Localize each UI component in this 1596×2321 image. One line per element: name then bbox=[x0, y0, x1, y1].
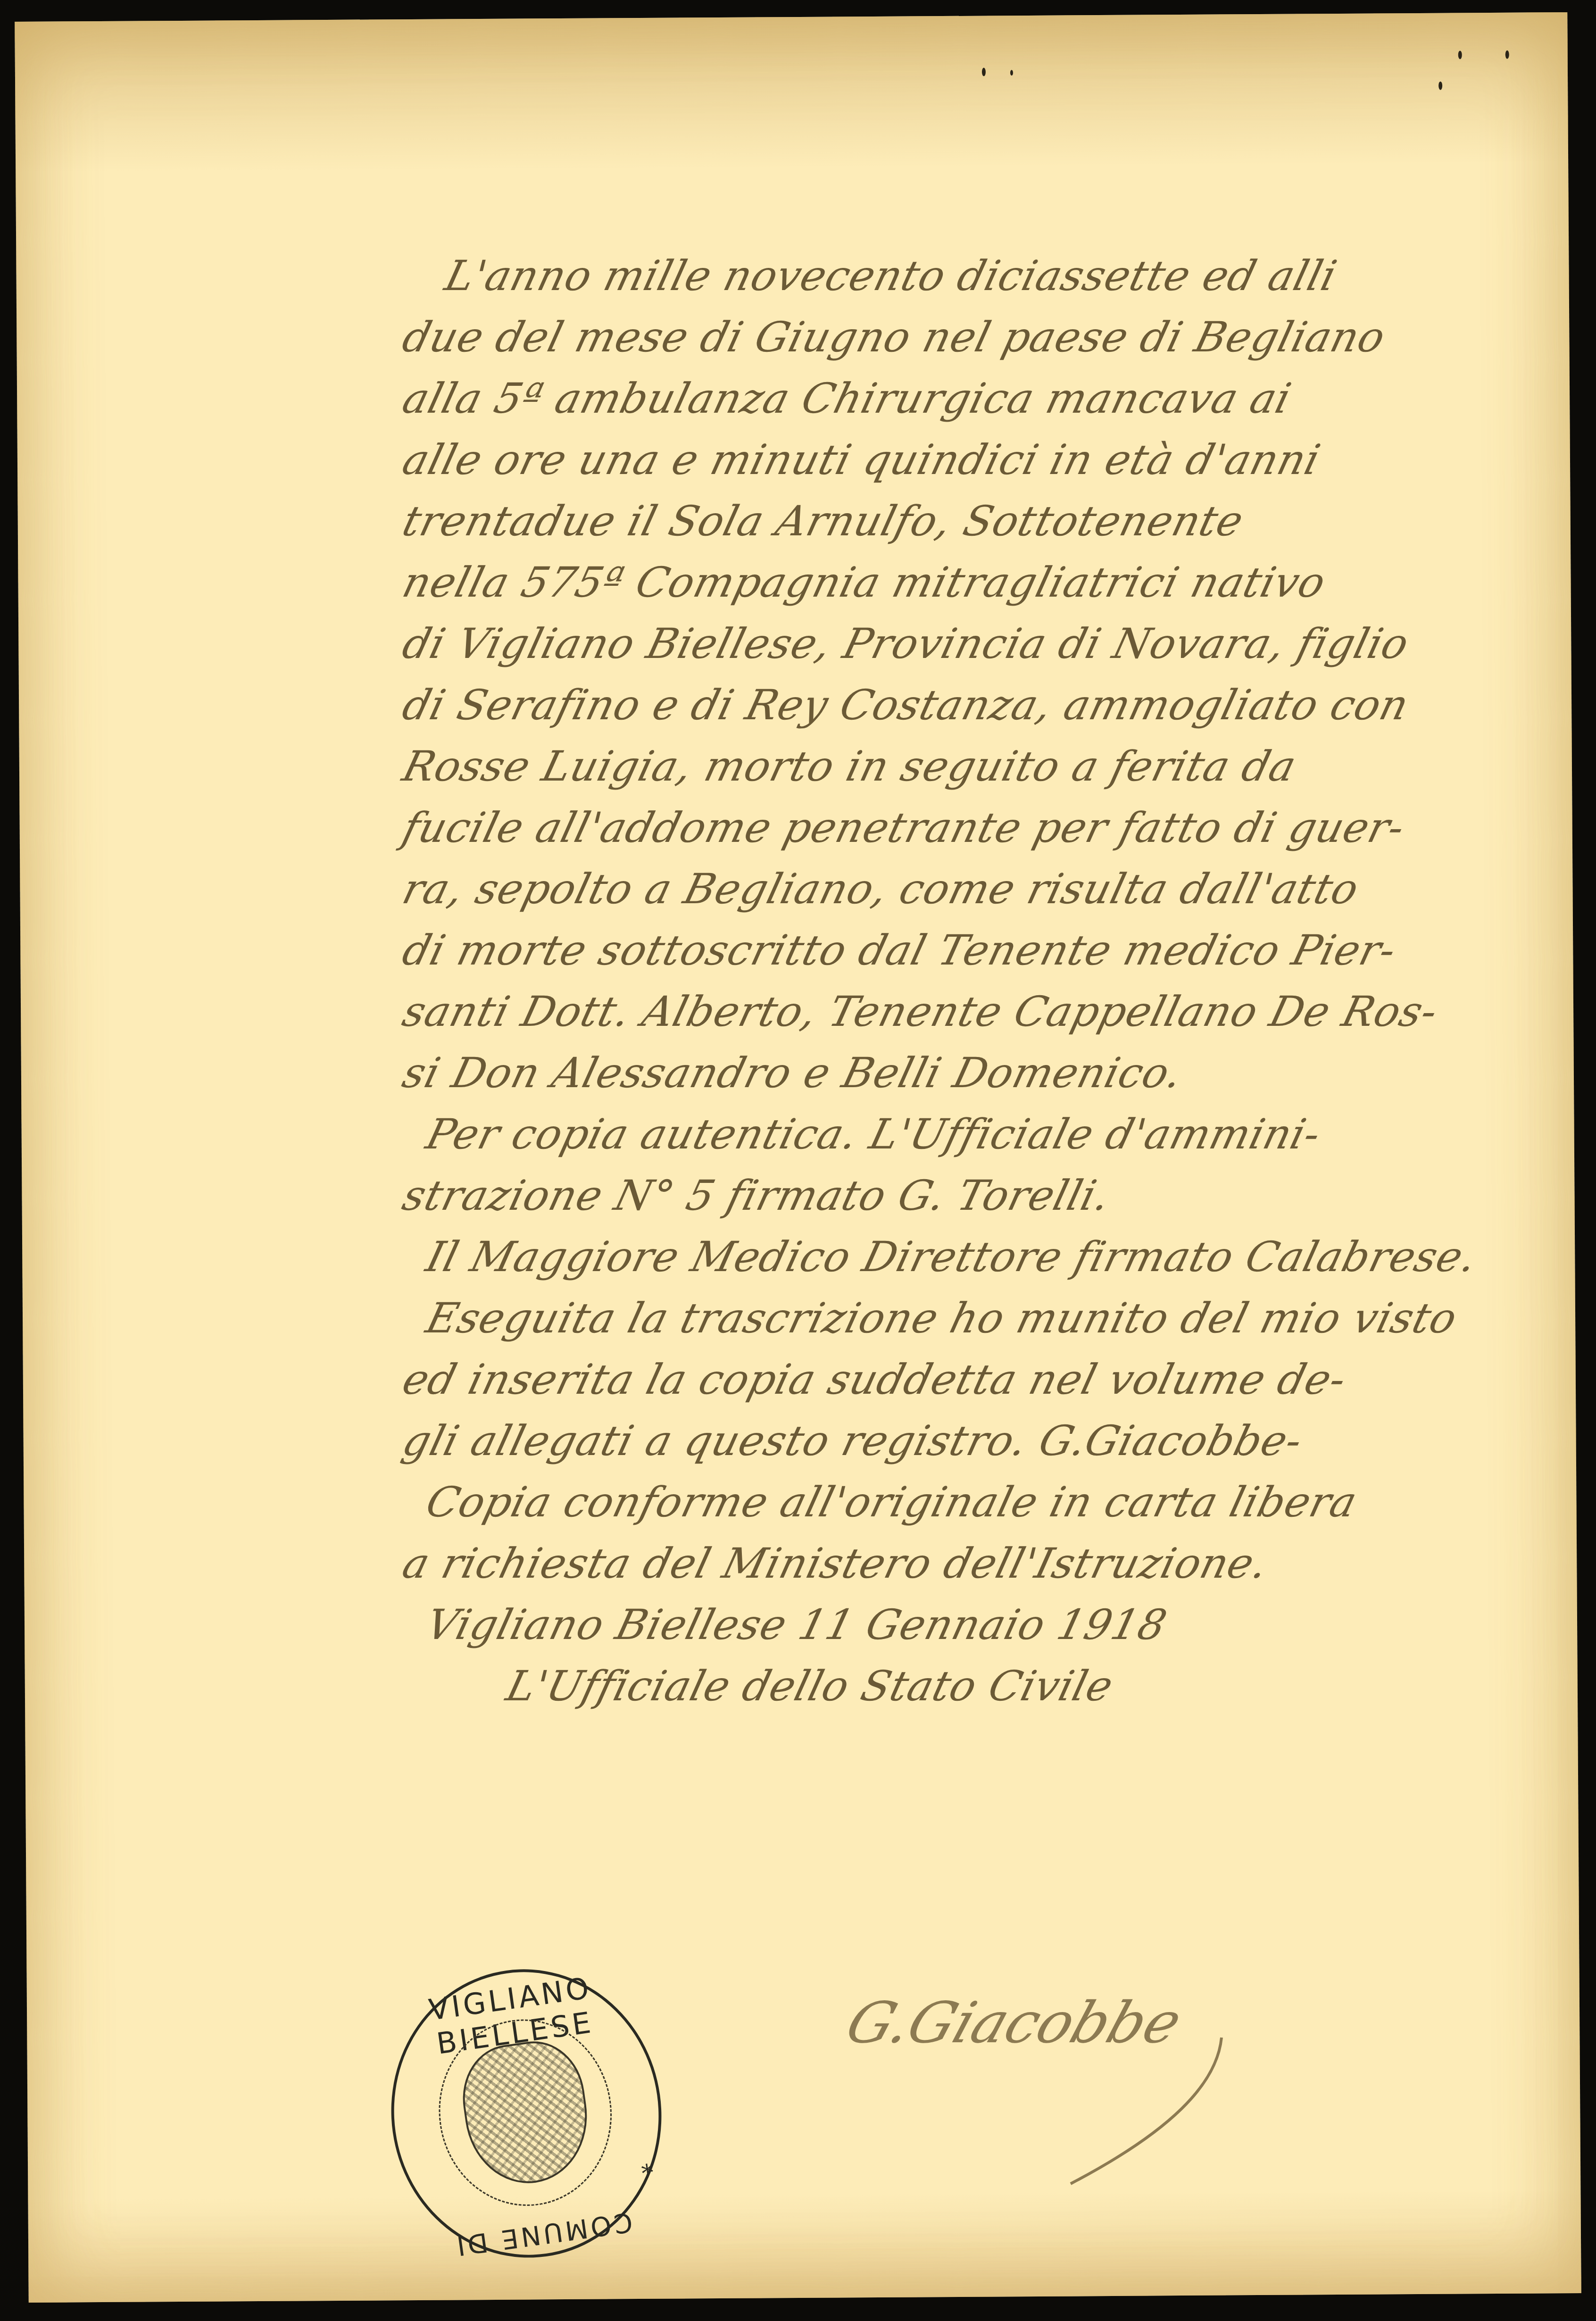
text-line: di Vigliano Biellese, Provincia di Novar… bbox=[396, 613, 1421, 674]
paper-speck bbox=[982, 68, 986, 76]
text-line: fucile all'addome penetrante per fatto d… bbox=[396, 797, 1421, 858]
text-line: santi Dott. Alberto, Tenente Cappellano … bbox=[396, 981, 1421, 1042]
paper-speck bbox=[1438, 82, 1442, 90]
text-line: nella 575ª Compagnia mitragliatrici nati… bbox=[396, 552, 1421, 613]
paper-speck bbox=[1010, 70, 1013, 75]
official-title-line: L'Ufficiale dello Stato Civile bbox=[396, 1655, 1421, 1717]
text-line: trentadue il Sola Arnulfo, Sottotenente bbox=[396, 491, 1421, 552]
text-line: strazione N° 5 firmato G. Torelli. bbox=[396, 1165, 1421, 1226]
text-line: Rosse Luigia, morto in seguito a ferita … bbox=[396, 736, 1421, 797]
text-line: si Don Alessandro e Belli Domenico. bbox=[396, 1042, 1421, 1104]
text-line: Eseguita la trascrizione ho munito del m… bbox=[396, 1288, 1421, 1349]
text-line: gli allegati a questo registro. G.Giacob… bbox=[396, 1410, 1421, 1472]
text-line: ed inserita la copia suddetta nel volume… bbox=[396, 1349, 1421, 1410]
handwritten-text: L'anno mille novecento diciassette ed al… bbox=[396, 245, 1405, 1717]
text-line: alle ore una e minuti quindici in età d'… bbox=[396, 429, 1421, 491]
text-line: Copia conforme all'originale in carta li… bbox=[396, 1472, 1421, 1533]
text-line: a richiesta del Ministero dell'Istruzion… bbox=[396, 1533, 1421, 1594]
paper-speck bbox=[1458, 50, 1462, 59]
paper-speck bbox=[1505, 50, 1509, 59]
signature-flourish-icon bbox=[1000, 2028, 1236, 2193]
text-line: ra, sepolto a Begliano, come risulta dal… bbox=[396, 858, 1421, 920]
star-icon: * bbox=[640, 2159, 656, 2188]
text-line: due del mese di Giugno nel paese di Begl… bbox=[396, 307, 1421, 368]
place-date-line: Vigliano Biellese 11 Gennaio 1918 bbox=[396, 1594, 1421, 1655]
text-line: di morte sottoscritto dal Tenente medico… bbox=[396, 920, 1421, 981]
text-line: L'anno mille novecento diciassette ed al… bbox=[396, 245, 1421, 307]
text-line: alla 5ª ambulanza Chirurgica mancava ai bbox=[396, 368, 1421, 429]
text-line: Per copia autentica. L'Ufficiale d'ammin… bbox=[396, 1104, 1421, 1165]
text-line: Il Maggiore Medico Direttore firmato Cal… bbox=[396, 1226, 1421, 1288]
text-line: di Serafino e di Rey Costanza, ammogliat… bbox=[396, 674, 1421, 736]
